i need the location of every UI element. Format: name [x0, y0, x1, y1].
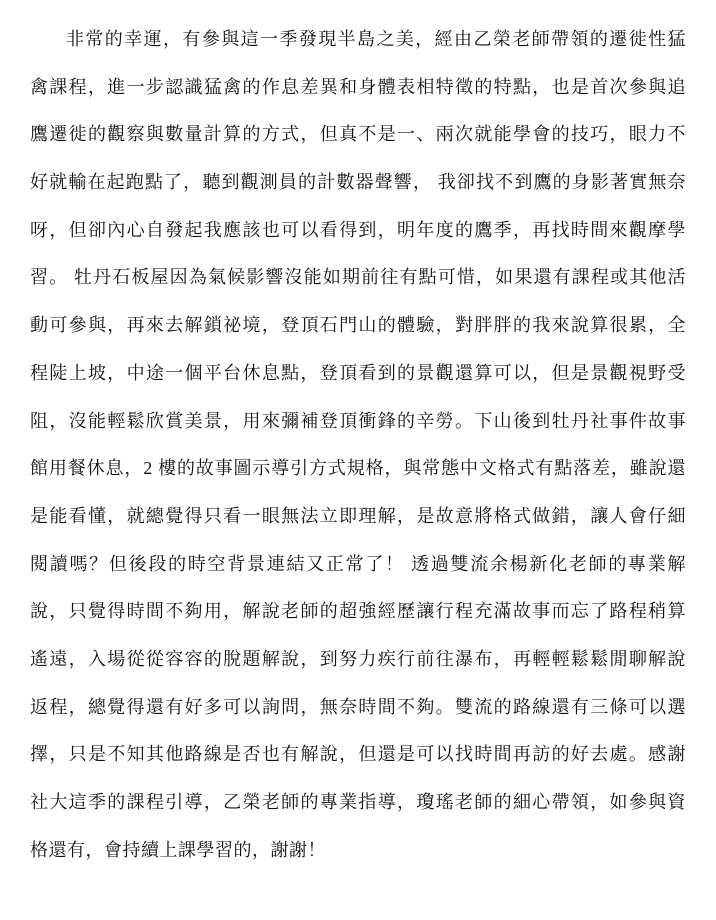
- text-line-16: 擇，只是不知其他路線是否也有解說，但還是可以找時間再訪的好去處。感謝: [30, 731, 686, 779]
- text-line-11: 是能看懂，就總覺得只看一眼無法立即理解，是故意將格式做錯，讓人會仔細: [30, 493, 686, 541]
- text-line-1: 非常的幸運，有參與這一季發現半島之美，經由乙榮老師帶領的遷徙性猛: [30, 16, 686, 64]
- text-line-14: 遙遠，入場從從容容的脫題解說，到努力疾行前往瀑布，再輕輕鬆鬆閒聊解說: [30, 636, 686, 684]
- text-line-7: 動可參與，再來去解鎖祕境，登頂石門山的體驗，對胖胖的我來說算很累，全: [30, 302, 686, 350]
- text-line-13: 說，只覺得時間不夠用，解說老師的超強經歷讓行程充滿故事而忘了路程稍算: [30, 588, 686, 636]
- text-line-8: 程陡上坡，中途一個平台休息點，登頂看到的景觀還算可以，但是景觀視野受: [30, 350, 686, 398]
- text-line-2: 禽課程，進一步認識猛禽的作息差異和身體表相特徵的特點，也是首次參與追: [30, 64, 686, 112]
- text-line-3: 鷹遷徙的觀察與數量計算的方式，但真不是一、兩次就能學會的技巧，眼力不: [30, 111, 686, 159]
- review-paragraph: 非常的幸運，有參與這一季發現半島之美，經由乙榮老師帶領的遷徙性猛 禽課程，進一步…: [30, 16, 686, 874]
- text-line-5: 呀，但卻內心自發起我應該也可以看得到，明年度的鷹季，再找時間來觀摩學: [30, 207, 686, 255]
- text-line-15: 返程，總覺得還有好多可以詢問，無奈時間不夠。雙流的路線還有三條可以選: [30, 684, 686, 732]
- text-line-18: 格還有，會持續上課學習的，謝謝！: [30, 827, 686, 875]
- text-line-17: 社大這季的課程引導，乙榮老師的專業指導，瓊瑤老師的細心帶領，如參與資: [30, 779, 686, 827]
- text-line-12: 閱讀嗎？但後段的時空背景連結又正常了！ 透過雙流余楊新化老師的專業解: [30, 541, 686, 589]
- text-line-6: 習。 牡丹石板屋因為氣候影響沒能如期前往有點可惜，如果還有課程或其他活: [30, 254, 686, 302]
- text-line-9: 阻，沒能輕鬆欣賞美景，用來彌補登頂衝鋒的辛勞。下山後到牡丹社事件故事: [30, 398, 686, 446]
- document-page: 非常的幸運，有參與這一季發現半島之美，經由乙榮老師帶領的遷徙性猛 禽課程，進一步…: [0, 0, 716, 920]
- text-line-4: 好就輸在起跑點了，聽到觀測員的計數器聲響， 我卻找不到鷹的身影著實無奈: [30, 159, 686, 207]
- text-line-10: 館用餐休息，2 樓的故事圖示導引方式規格，與常態中文格式有點落差，雖說還: [30, 445, 686, 493]
